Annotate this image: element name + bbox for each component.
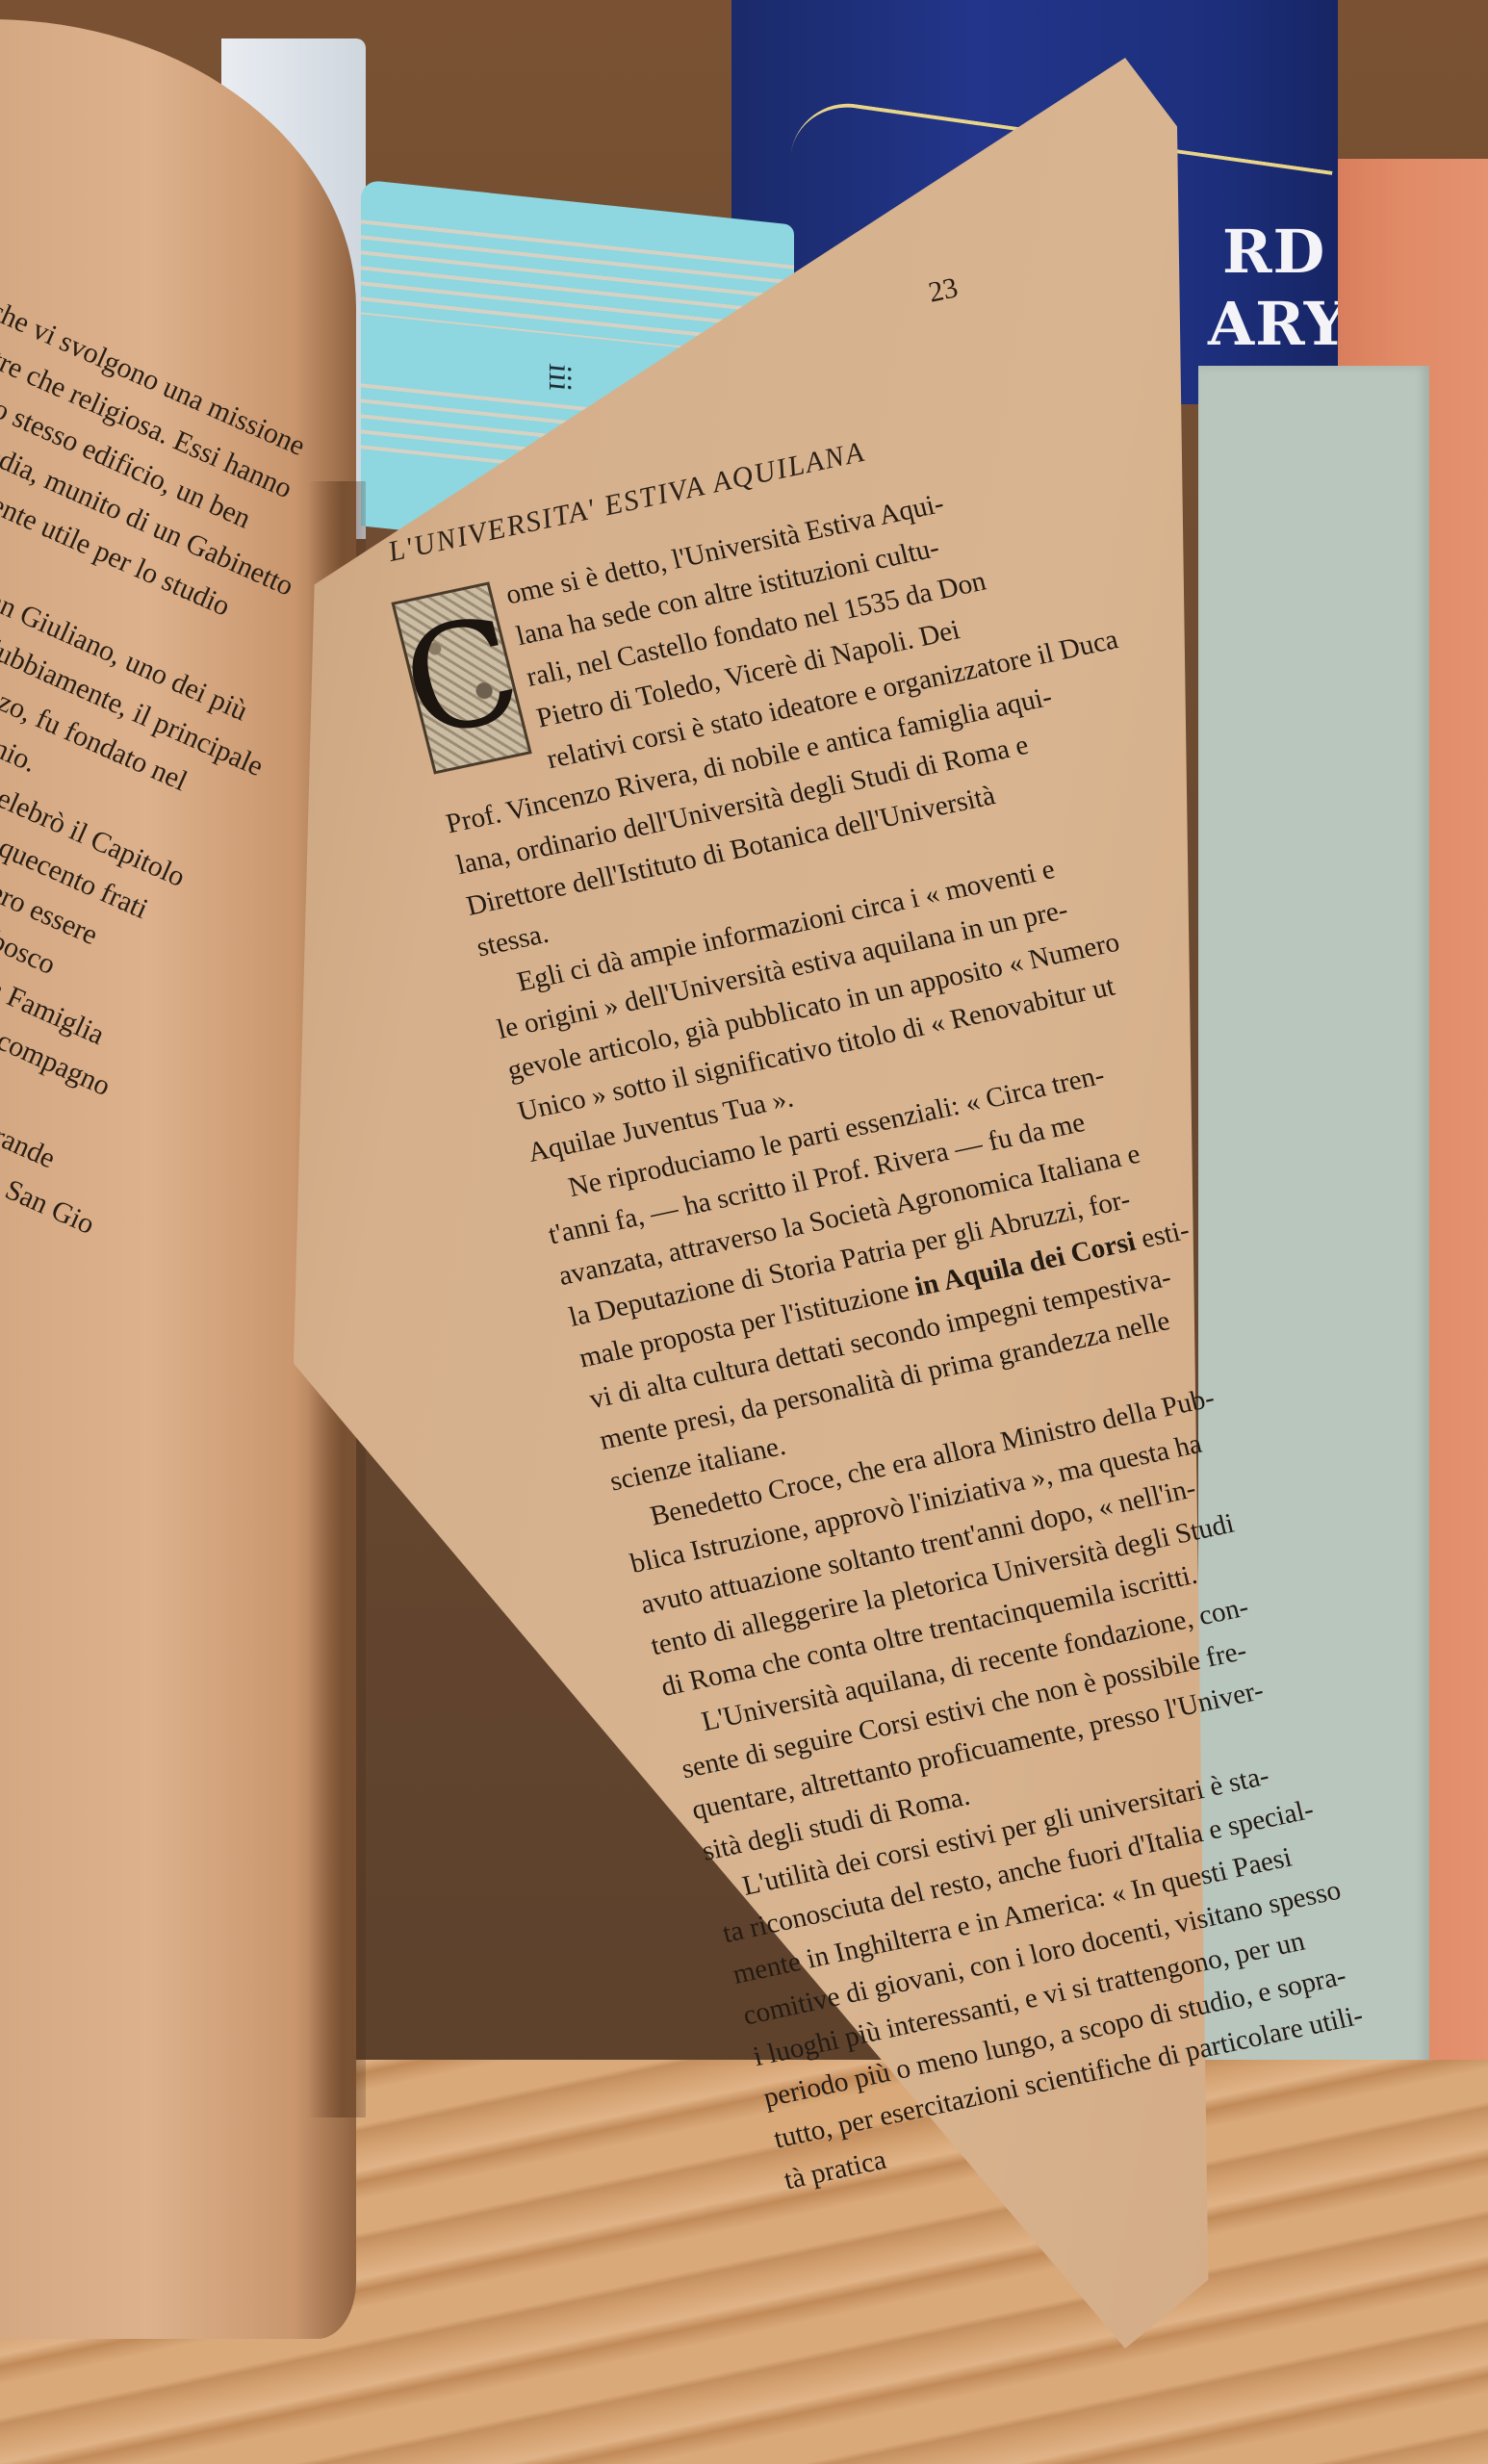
teal-book-spine-text: iii (541, 362, 577, 393)
dictionary-spine-line-1: RD (1222, 221, 1325, 283)
photo-scene: RD ARY SIC iii che vi svolgono una missi… (0, 0, 1488, 2464)
dictionary-spine-line-2: ARY (1208, 294, 1347, 355)
